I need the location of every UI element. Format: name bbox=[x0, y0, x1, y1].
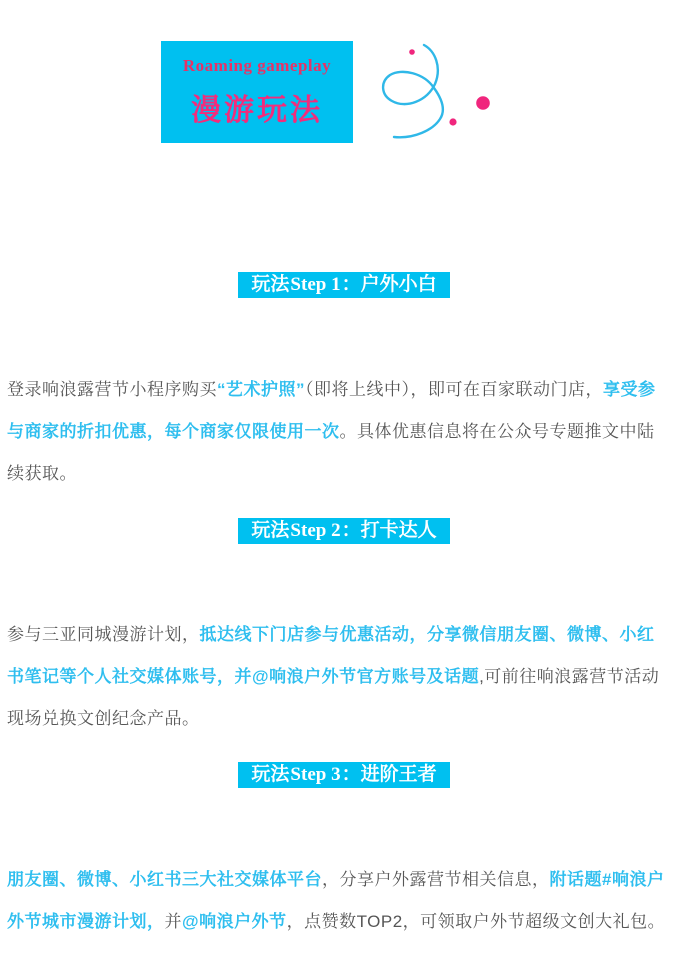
step-1-header-title: ：户外小白 bbox=[342, 274, 437, 295]
text-run: 登录响浪露营节小程序购买 bbox=[7, 380, 217, 399]
title-banner: Roaming gameplay 漫游玩法 bbox=[161, 41, 353, 143]
text-run: 参与三亚同城漫游计划， bbox=[7, 625, 200, 644]
highlighted-text-run: “艺术护照” bbox=[217, 380, 305, 399]
highlighted-text-run: 朋友圈、微博、小红书三大社交媒体平台 bbox=[7, 870, 322, 889]
step-1-header-prefix: 玩法 bbox=[251, 274, 289, 295]
step-3-header-prefix: 玩法 bbox=[251, 764, 289, 785]
banner-subtitle-en: Roaming gameplay bbox=[183, 56, 331, 76]
step-2-paragraph: 参与三亚同城漫游计划，抵达线下门店参与优惠活动，分享微信朋友圈、微博、小红书笔记… bbox=[7, 614, 671, 740]
highlighted-text-run: @响浪户外节 bbox=[182, 912, 287, 931]
text-run: ，点赞数TOP2，可领取户外节超级文创大礼包。 bbox=[287, 912, 666, 931]
text-run: ，分享户外露营节相关信息， bbox=[322, 870, 550, 889]
pink-dot-large bbox=[476, 96, 490, 110]
step-2-header-title: ：打卡达人 bbox=[342, 520, 437, 541]
step-1-header-step: Step 1 bbox=[289, 274, 341, 295]
swirl-decoration-icon bbox=[378, 40, 496, 145]
step-1-paragraph: 登录响浪露营节小程序购买“艺术护照”（即将上线中），即可在百家联动门店，享受参与… bbox=[7, 369, 671, 495]
step-2-header-step: Step 2 bbox=[289, 520, 341, 541]
pink-dot-small bbox=[409, 49, 415, 55]
step-3-header-title: ：进阶王者 bbox=[342, 764, 437, 785]
step-3-header-step: Step 3 bbox=[289, 764, 341, 785]
step-3-paragraph: 朋友圈、微博、小红书三大社交媒体平台，分享户外露营节相关信息，附话题#响浪户外节… bbox=[7, 859, 671, 943]
text-run: 并 bbox=[165, 912, 183, 931]
banner-title-zh: 漫游玩法 bbox=[191, 85, 323, 129]
text-run: （即将上线中），即可在百家联动门店， bbox=[305, 380, 603, 399]
step-2-header: 玩法Step 2：打卡达人 bbox=[238, 518, 450, 544]
step-1-header: 玩法Step 1：户外小白 bbox=[238, 272, 450, 298]
step-2-header-prefix: 玩法 bbox=[251, 520, 289, 541]
step-3-header: 玩法Step 3：进阶王者 bbox=[238, 762, 450, 788]
pink-dot-medium bbox=[449, 118, 456, 125]
